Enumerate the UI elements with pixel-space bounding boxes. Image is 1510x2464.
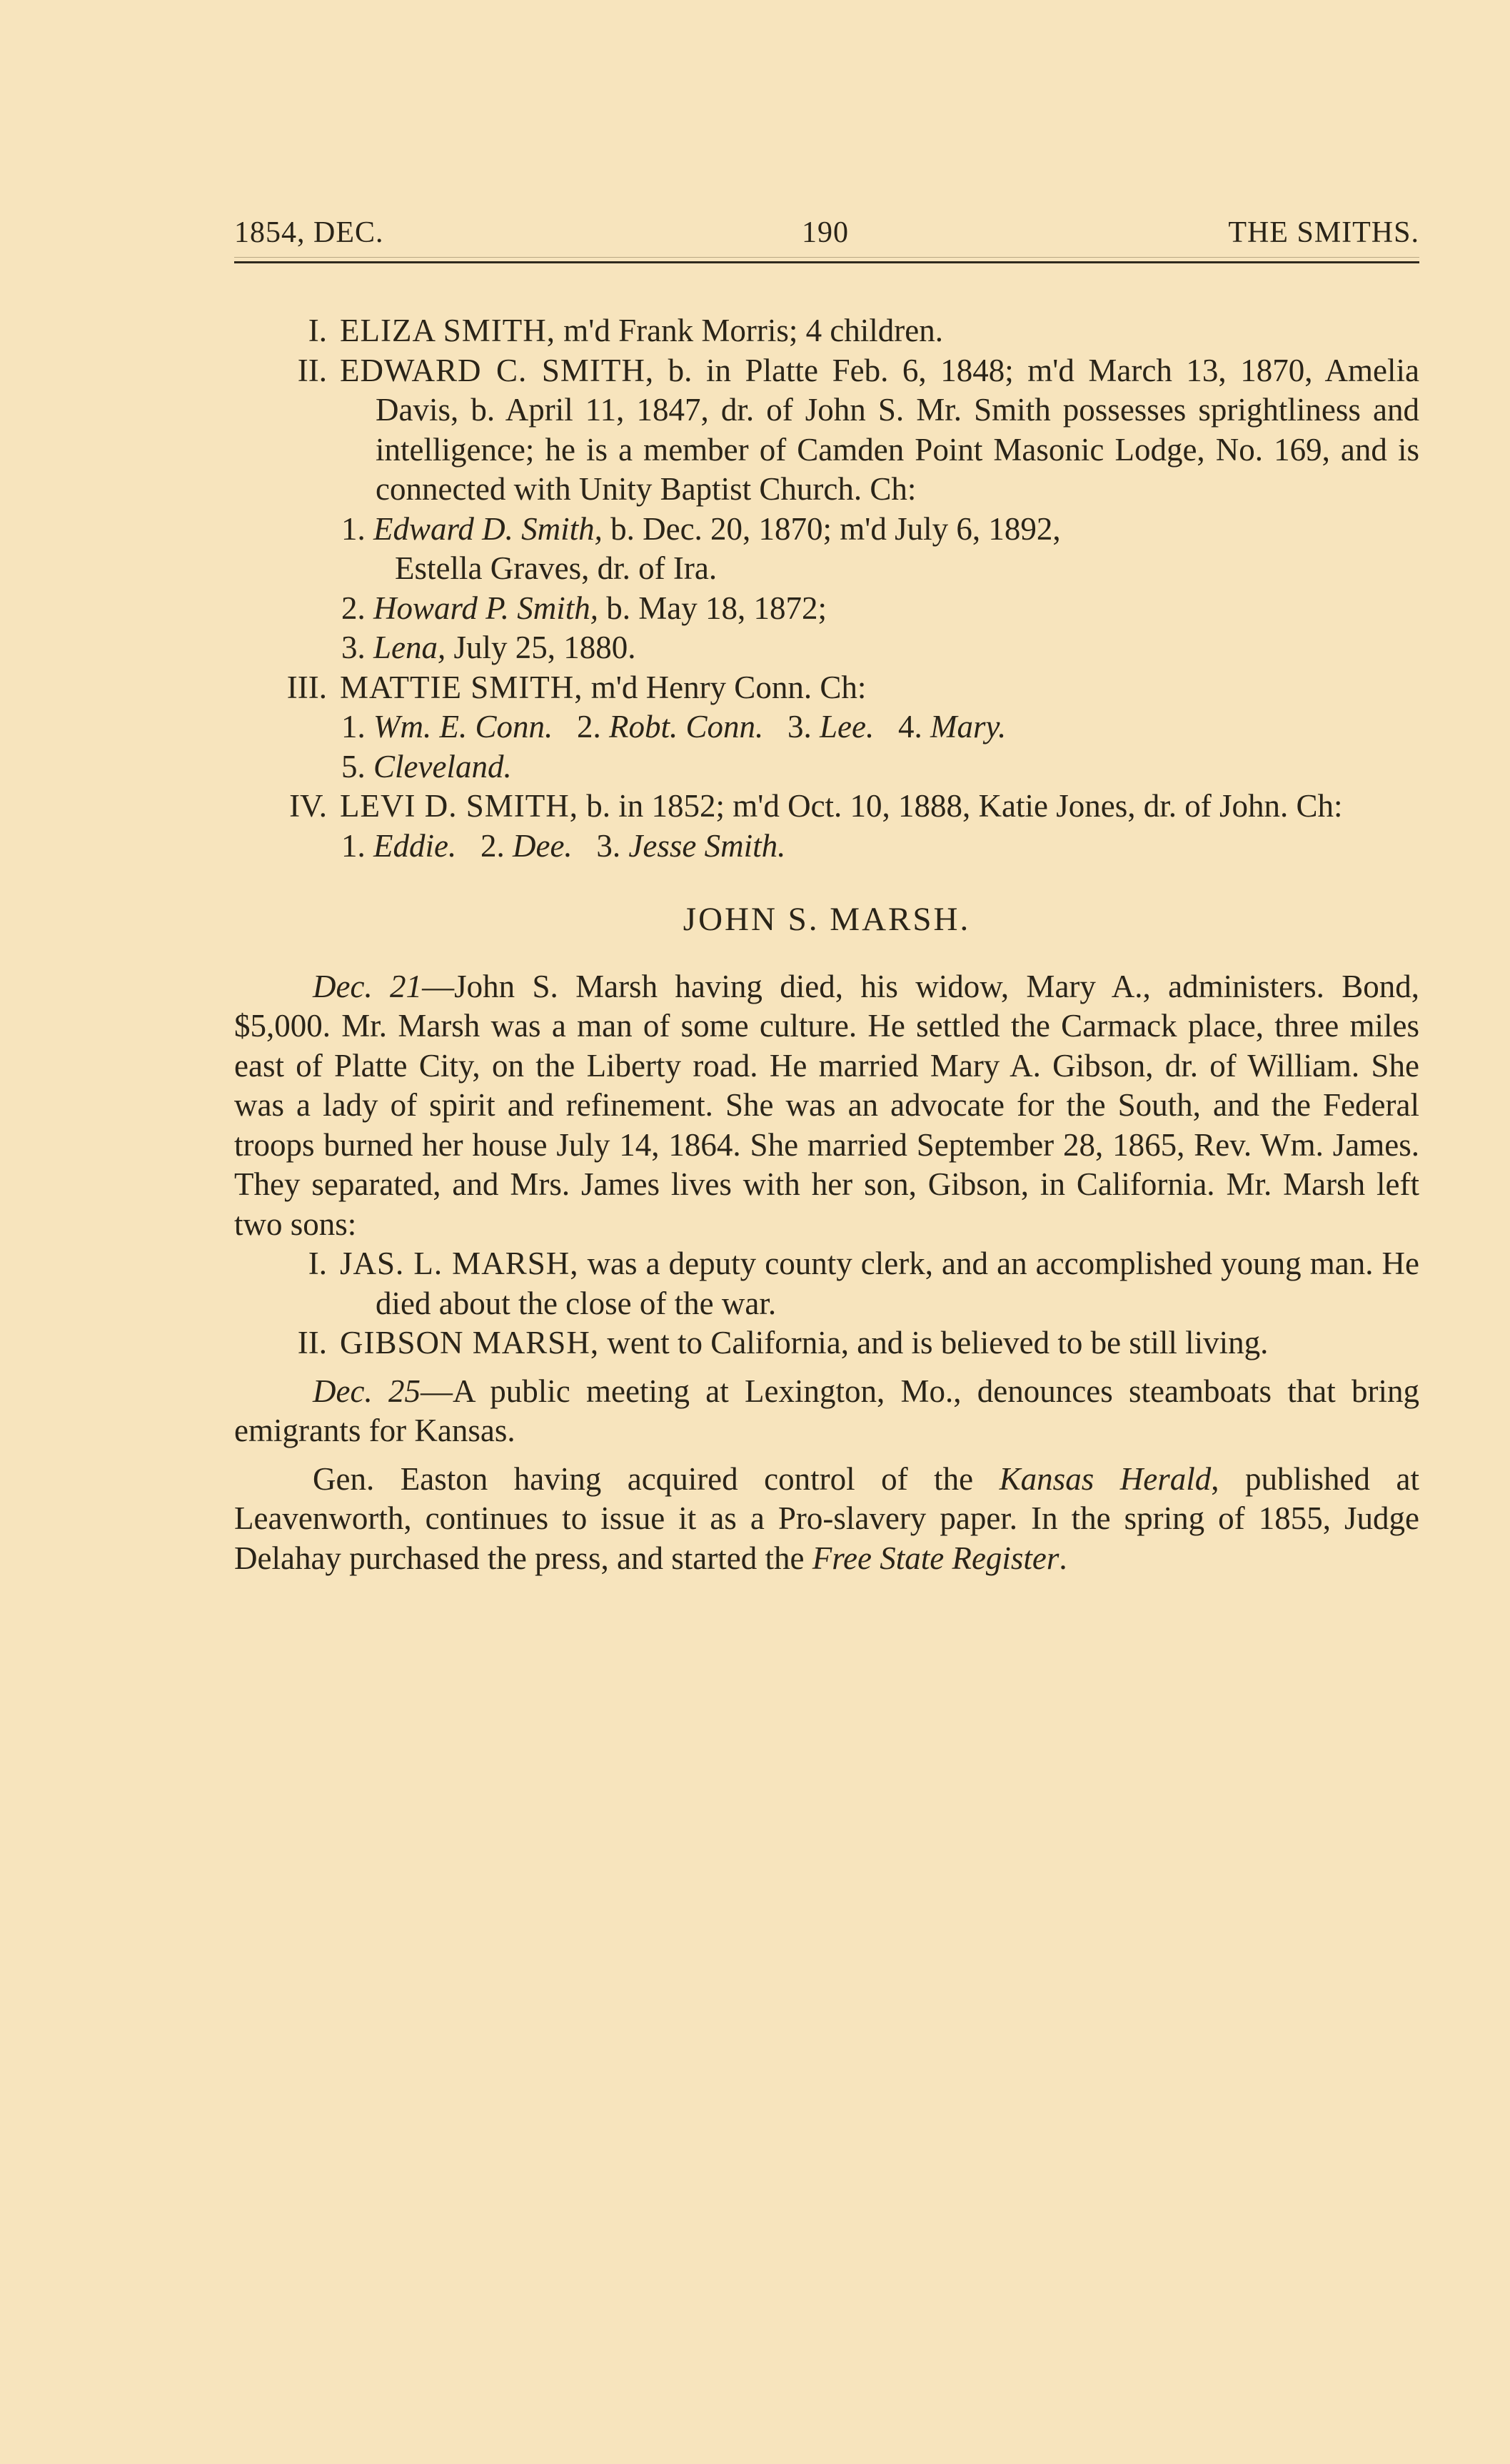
entry-numeral: III. [234, 668, 340, 708]
entry-name: JAS. L. MARSH, [340, 1246, 578, 1281]
entry-name: GIBSON MARSH, [340, 1325, 599, 1360]
marsh-paragraph: Dec. 21—John S. Marsh having died, his w… [234, 967, 1419, 1245]
child-entry: 2. Howard P. Smith, b. May 18, 1872; [234, 589, 1419, 629]
children-list: 1. Eddie. 2. Dee. 3. Jesse Smith. [234, 827, 1419, 867]
marsh-son-1: I. JAS. L. MARSH, was a deputy county cl… [234, 1244, 1419, 1323]
child-entry: 3. Lena, July 25, 1880. [234, 628, 1419, 668]
entry-name: ELIZA SMITH, [340, 313, 555, 348]
entry-numeral: I. [234, 1244, 340, 1323]
child-name: Edward D. Smith, [373, 511, 603, 547]
running-head-title: THE SMITHS. [1228, 214, 1419, 251]
entry-date: Dec. 25 [313, 1373, 421, 1409]
header-rule [234, 261, 1419, 263]
entry-numeral: II. [234, 351, 340, 510]
entry-text: m'd Frank Morris; 4 children. [555, 313, 943, 348]
header-rule-faint [234, 257, 1419, 258]
book-page: 1854, DEC. 190 THE SMITHS. I. ELIZA SMIT… [234, 214, 1419, 251]
child-name: Howard P. Smith, [373, 590, 598, 626]
children-list: 1. Wm. E. Conn. 2. Robt. Conn. 3. Lee. 4… [234, 707, 1419, 747]
child-entry: 1. Edward D. Smith, b. Dec. 20, 1870; m'… [234, 510, 1419, 589]
entry-name: EDWARD C. SMITH, [340, 353, 654, 388]
smith-entry-2: II. EDWARD C. SMITH, b. in Platte Feb. 6… [234, 351, 1419, 510]
entry-numeral: I. [234, 311, 340, 351]
marsh-son-2: II. GIBSON MARSH, went to California, an… [234, 1323, 1419, 1363]
entry-name: MATTIE SMITH, [340, 670, 583, 705]
easton-paragraph: Gen. Easton having acquired control of t… [234, 1460, 1419, 1579]
smith-entry-4: IV. LEVI D. SMITH, b. in 1852; m'd Oct. … [234, 787, 1419, 827]
entry-text: b. in 1852; m'd Oct. 10, 1888, Katie Jon… [578, 788, 1343, 824]
running-head-date: 1854, DEC. [234, 214, 384, 251]
smith-entry-1: I. ELIZA SMITH, m'd Frank Morris; 4 chil… [234, 311, 1419, 351]
dec25-paragraph: Dec. 25—A public meeting at Lexington, M… [234, 1372, 1419, 1451]
newspaper-title: Kansas Herald [1000, 1461, 1212, 1497]
page-content: I. ELIZA SMITH, m'd Frank Morris; 4 chil… [234, 311, 1419, 1578]
entry-numeral: IV. [234, 787, 340, 827]
section-title-marsh: JOHN S. MARSH. [234, 900, 1419, 940]
child-name: Lena, [373, 630, 446, 665]
entry-date: Dec. 21 [313, 969, 422, 1004]
children-list: 5. Cleveland. [234, 747, 1419, 787]
smith-entry-3: III. MATTIE SMITH, m'd Henry Conn. Ch: [234, 668, 1419, 708]
entry-name: LEVI D. SMITH, [340, 788, 578, 824]
entry-numeral: II. [234, 1323, 340, 1363]
entry-text: m'd Henry Conn. Ch: [583, 670, 866, 705]
newspaper-title: Free State Register [812, 1540, 1059, 1576]
running-head: 1854, DEC. 190 THE SMITHS. [234, 214, 1419, 251]
page-number: 190 [802, 214, 849, 251]
